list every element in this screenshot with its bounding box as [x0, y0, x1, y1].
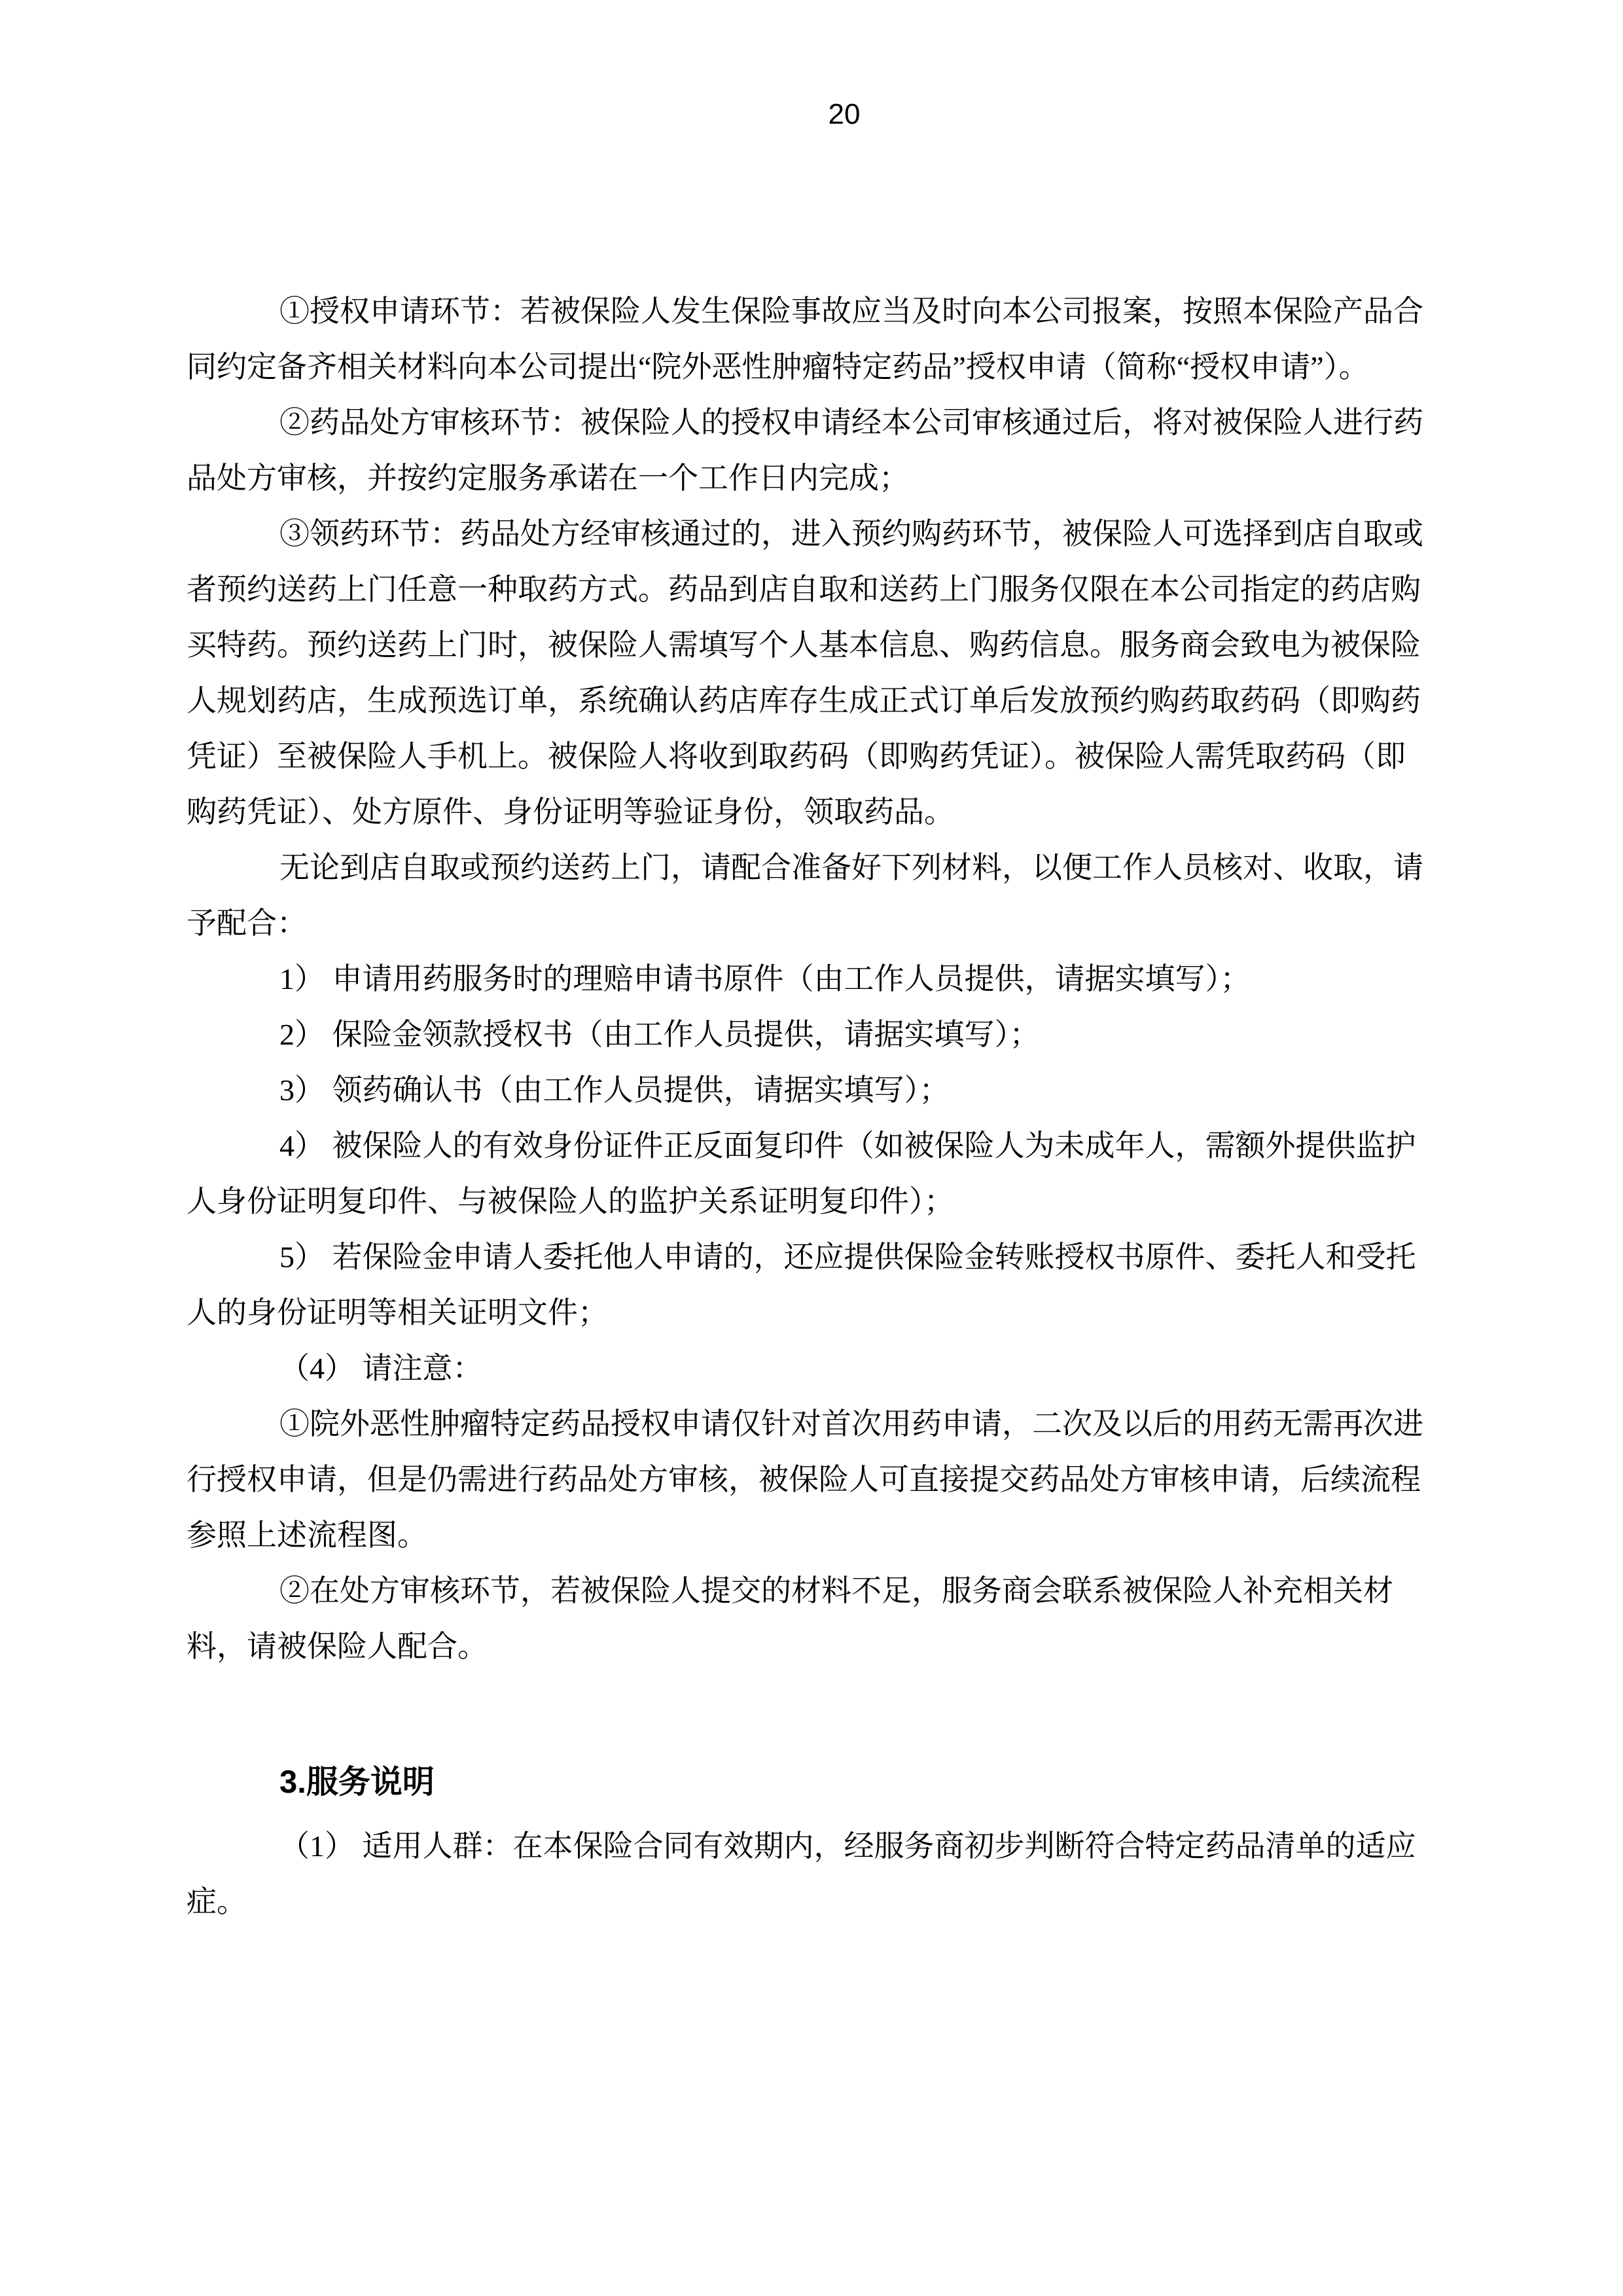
- paragraph: 4） 被保险人的有效身份证件正反面复印件（如被保险人为未成年人，需额外提供监护人…: [187, 1118, 1423, 1229]
- paragraph: ②在处方审核环节，若被保险人提交的材料不足，服务商会联系被保险人补充相关材料，请…: [187, 1563, 1423, 1674]
- paragraph: ②药品处方审核环节：被保险人的授权申请经本公司审核通过后，将对被保险人进行药品处…: [187, 395, 1423, 506]
- paragraph: 2） 保险金领款授权书（由工作人员提供，请据实填写）；: [187, 1007, 1423, 1062]
- document-body: ①授权申请环节：若被保险人发生保险事故应当及时向本公司报案，按照本保险产品合同约…: [187, 283, 1423, 1929]
- page: { "page": { "number": "20", "background_…: [0, 0, 1623, 2296]
- paragraph: （1） 适用人群：在本保险合同有效期内，经服务商初步判断符合特定药品清单的适应症…: [187, 1818, 1423, 1929]
- document-page: 20 ①授权申请环节：若被保险人发生保险事故应当及时向本公司报案，按照本保险产品…: [0, 0, 1623, 2296]
- section-heading: 3.服务说明: [187, 1753, 1423, 1812]
- paragraph: 3） 领药确认书（由工作人员提供，请据实填写）；: [187, 1062, 1423, 1118]
- paragraph: 无论到店自取或预约送药上门，请配合准备好下列材料，以便工作人员核对、收取，请予配…: [187, 840, 1423, 951]
- paragraph: （4） 请注意：: [187, 1340, 1423, 1396]
- paragraph: 1） 申请用药服务时的理赔申请书原件（由工作人员提供，请据实填写）；: [187, 951, 1423, 1007]
- paragraph: ③领药环节：药品处方经审核通过的，进入预约购药环节，被保险人可选择到店自取或者预…: [187, 506, 1423, 840]
- paragraph: ①授权申请环节：若被保险人发生保险事故应当及时向本公司报案，按照本保险产品合同约…: [187, 283, 1423, 395]
- paragraph: 5） 若保险金申请人委托他人申请的，还应提供保险金转账授权书原件、委托人和受托人…: [187, 1229, 1423, 1340]
- paragraph: ①院外恶性肿瘤特定药品授权申请仅针对首次用药申请，二次及以后的用药无需再次进行授…: [187, 1396, 1423, 1563]
- page-number: 20: [0, 98, 1623, 131]
